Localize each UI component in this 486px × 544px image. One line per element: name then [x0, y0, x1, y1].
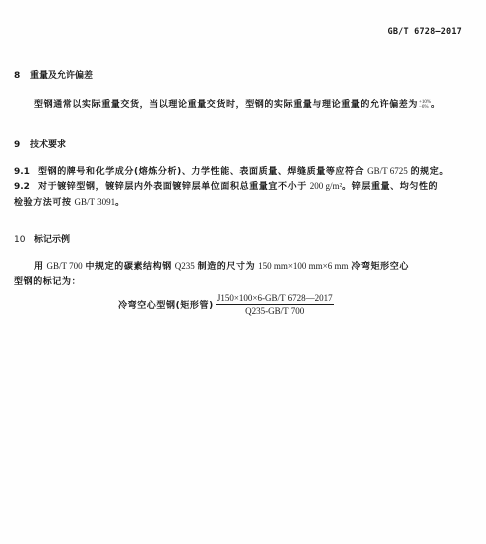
clause-text-end: 。 — [115, 198, 125, 208]
clause-text: 型钢的牌号和化学成分(熔炼分析)、力学性能、表面质量、焊缝质量等应符合 — [38, 167, 364, 177]
standard-reference: GB/T 6725 — [367, 166, 408, 176]
marking-numerator: J150×100×6-GB/T 6728—2017 — [216, 293, 334, 305]
marking-denominator: Q235-GB/T 700 — [245, 305, 304, 316]
document-page: GB/T 6728—2017 8重量及允许偏差 型钢通常以实际重量交货，当以理论… — [0, 0, 486, 544]
clause-text: 对于镀锌型钢，镀锌层内外表面镀锌层单位面积总重量宜不小于 — [38, 182, 307, 192]
section-8-heading: 8重量及允许偏差 — [14, 68, 93, 81]
clause-text-cont: 。锌层重量、均匀性的 — [342, 182, 438, 192]
section-8-paragraph: 型钢通常以实际重量交货，当以理论重量交货时，型钢的实际重量与理论重量的允许偏差为… — [34, 98, 441, 113]
clause-text: 检验方法可按 — [14, 198, 72, 208]
text: 中规定的碳素结构钢 — [85, 262, 171, 272]
marking-example: 冷弯空心型钢(矩形管) J150×100×6-GB/T 6728—2017 Q2… — [118, 293, 334, 316]
clause-9-2: 9.2对于镀锌型钢，镀锌层内外表面镀锌层单位面积总重量宜不小于 200 g/m²… — [14, 179, 438, 195]
dimensions: 150 mm×100 mm×6 mm — [258, 261, 348, 271]
paragraph-text: 型钢通常以实际重量交货，当以理论重量交货时，型钢的实际重量与理论重量的允许偏差为 — [34, 100, 418, 110]
text: 用 — [34, 262, 44, 272]
section-10-line1: 用 GB/T 700 中规定的碳素结构钢 Q235 制造的尺寸为 150 mm×… — [34, 259, 409, 275]
section-title: 标记示例 — [34, 235, 70, 245]
section-number: 10 — [14, 235, 34, 245]
section-title: 重量及允许偏差 — [30, 71, 93, 81]
marking-fraction: J150×100×6-GB/T 6728—2017 Q235-GB/T 700 — [216, 293, 334, 316]
section-number: 9 — [14, 140, 30, 150]
section-title: 技术要求 — [30, 140, 66, 150]
marking-label: 冷弯空心型钢(矩形管) — [118, 298, 214, 311]
clause-9-2-line2: 检验方法可按 GB/T 3091。 — [14, 195, 125, 211]
clause-9-1: 9.1型钢的牌号和化学成分(熔炼分析)、力学性能、表面质量、焊缝质量等应符合 G… — [14, 164, 449, 180]
tolerance-upper: +10% — [419, 100, 431, 105]
text: 型钢的标记为： — [14, 277, 81, 287]
section-10-heading: 10标记示例 — [14, 232, 70, 245]
tolerance-stack: +10%−6% — [419, 100, 431, 110]
text: 制造的尺寸为 — [198, 262, 256, 272]
clause-number: 9.2 — [14, 180, 38, 195]
paragraph-end: 。 — [431, 100, 441, 110]
section-9-heading: 9技术要求 — [14, 137, 66, 150]
section-10-line2: 型钢的标记为： — [14, 275, 81, 290]
text: 冷弯矩形空心 — [351, 262, 409, 272]
section-number: 8 — [14, 71, 30, 81]
zinc-weight-value: 200 g/m² — [310, 181, 342, 191]
steel-grade: Q235 — [175, 261, 195, 271]
standard-reference: GB/T 3091 — [74, 197, 115, 207]
standard-code-header: GB/T 6728—2017 — [388, 27, 462, 37]
standard-reference: GB/T 700 — [46, 261, 82, 271]
tolerance-lower: −6% — [419, 105, 431, 110]
clause-text-end: 的规定。 — [411, 167, 449, 177]
clause-number: 9.1 — [14, 165, 38, 180]
